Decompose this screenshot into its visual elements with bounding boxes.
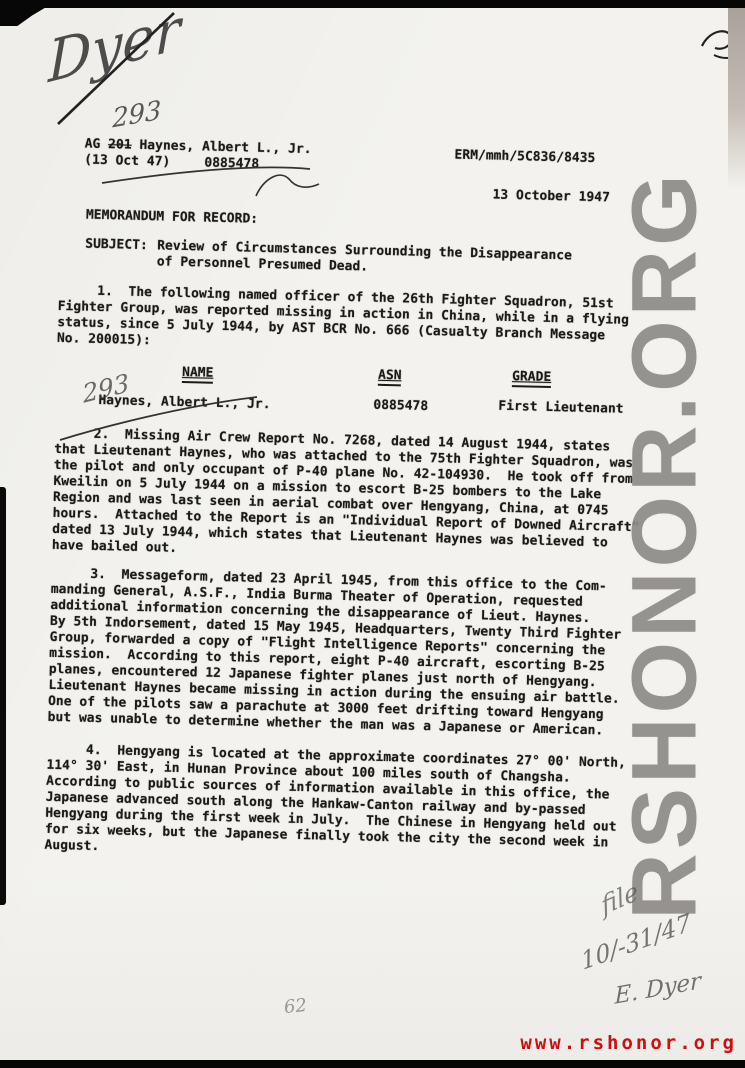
- ag-number-struck: 201: [108, 137, 132, 153]
- file-reference-stamp: AG 201 Haynes, Albert L., Jr. (13 Oct 47…: [84, 137, 312, 175]
- ag-prefix: AG: [84, 137, 108, 153]
- casualty-table: NAME ASN GRADE Haynes, Albert L., Jr. 08…: [55, 362, 636, 438]
- table-row-grade: First Lieutenant: [498, 399, 624, 418]
- site-url: www.rshonor.org: [520, 1032, 737, 1054]
- scanned-memo-page: AG 201 Haynes, Albert L., Jr. (13 Oct 47…: [0, 0, 745, 1068]
- col-header-name: NAME: [182, 365, 214, 384]
- scan-edge-top: [0, 0, 745, 8]
- handwritten-signature-top: Dyer: [48, 0, 180, 97]
- subject-block: SUBJECT: Review of Circumstances Surroun…: [85, 237, 646, 283]
- scan-corner-blob: [0, 0, 58, 26]
- paragraph-2: 2. Missing Air Crew Report No. 7268, dat…: [52, 426, 642, 568]
- office-ref-code: ERM/mmh/5C836/8435: [454, 148, 595, 167]
- stamp-date: (13 Oct 47): [84, 153, 170, 170]
- scan-edge-bottom: [0, 1060, 745, 1068]
- handwritten-scribble-top: 293: [112, 95, 161, 134]
- scan-edge-left: [0, 487, 6, 905]
- subject-label: SUBJECT:: [85, 237, 158, 271]
- document-date: 13 October 1947: [492, 188, 610, 207]
- handwritten-page-number: 62: [283, 995, 308, 1018]
- subject-text: Review of Circumstances Surrounding the …: [157, 238, 572, 280]
- typed-document: AG 201 Haynes, Albert L., Jr. (13 Oct 47…: [43, 130, 662, 924]
- stamp-serial: 0885478: [204, 155, 259, 171]
- paragraph-3: 3. Messageform, dated 23 April 1945, fro…: [47, 566, 622, 740]
- site-watermark: RSHONOR.ORG: [613, 170, 718, 919]
- paragraph-1: 1. The following named officer of the 26…: [57, 283, 630, 361]
- paragraph-4: 4. Hengyang is located at the approximat…: [44, 742, 626, 868]
- col-header-asn: ASN: [378, 368, 402, 387]
- scan-tape-strip: [728, 8, 745, 190]
- table-row-asn: 0885478: [373, 398, 428, 415]
- handwritten-signature-bottom: E. Dyer: [615, 968, 701, 1010]
- col-header-grade: GRADE: [512, 369, 552, 388]
- memo-heading: MEMORANDUM FOR RECORD:: [86, 208, 259, 228]
